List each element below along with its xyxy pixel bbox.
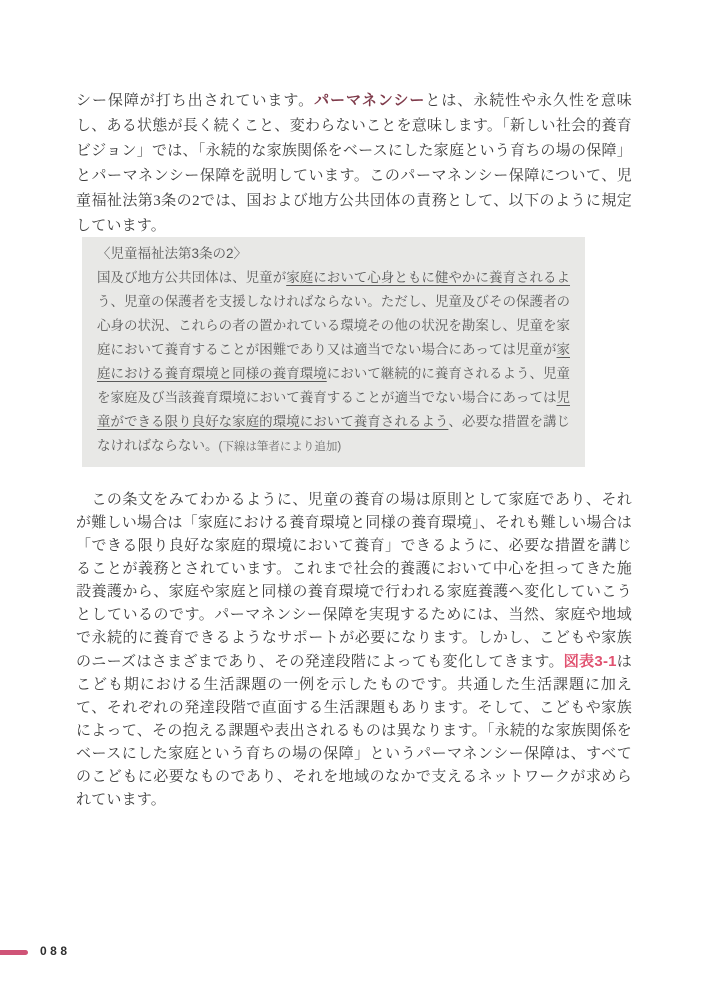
book-page: シー保障が打ち出されています。パーマネンシーとは、永続性や永久性を意味し、ある状… [0,0,707,1000]
text-segment: う、児童の保護者を支援しなければならない。ただし、児童及びその保護者の心身の状況… [97,294,570,357]
law-quote-note: (下線は筆者により追加) [219,441,342,453]
text-segment: この条文をみてわかるように、児童の養育の場は原則として家庭であり、それが難しい場… [76,492,632,670]
keyword-text: パーマネンシー [314,92,425,109]
law-quote-box: 〈児童福祉法第3条の2〉 国及び地方公共団体は、児童が家庭において心身ともに健や… [82,237,585,467]
law-quote-body: 国及び地方公共団体は、児童が家庭において心身ともに健やかに養育されるよう、児童の… [97,270,570,453]
footer-accent-bar [0,950,28,955]
figure-ref-text: 図表3-1 [564,653,617,670]
underline-text: 家庭において心身ともに健やかに養育されるよ [286,270,570,285]
page-number: 088 [40,944,71,958]
text-segment: とは、永続性や永久性を意味し、ある状態が長く続くこと、変わらないことを意味します… [76,93,632,234]
text-segment: はこども期における生活課題の一例を示したものです。共通した生活課題に加えて、それ… [76,654,632,808]
main-paragraph: この条文をみてわかるように、児童の養育の場は原則として家庭であり、それが難しい場… [76,489,632,812]
law-quote-heading: 〈児童福祉法第3条の2〉 [97,242,570,266]
text-segment: 国及び地方公共団体は、児童が [97,270,286,285]
intro-paragraph: シー保障が打ち出されています。パーマネンシーとは、永続性や永久性を意味し、ある状… [76,88,632,239]
text-segment: シー保障が打ち出されています。 [76,93,314,109]
